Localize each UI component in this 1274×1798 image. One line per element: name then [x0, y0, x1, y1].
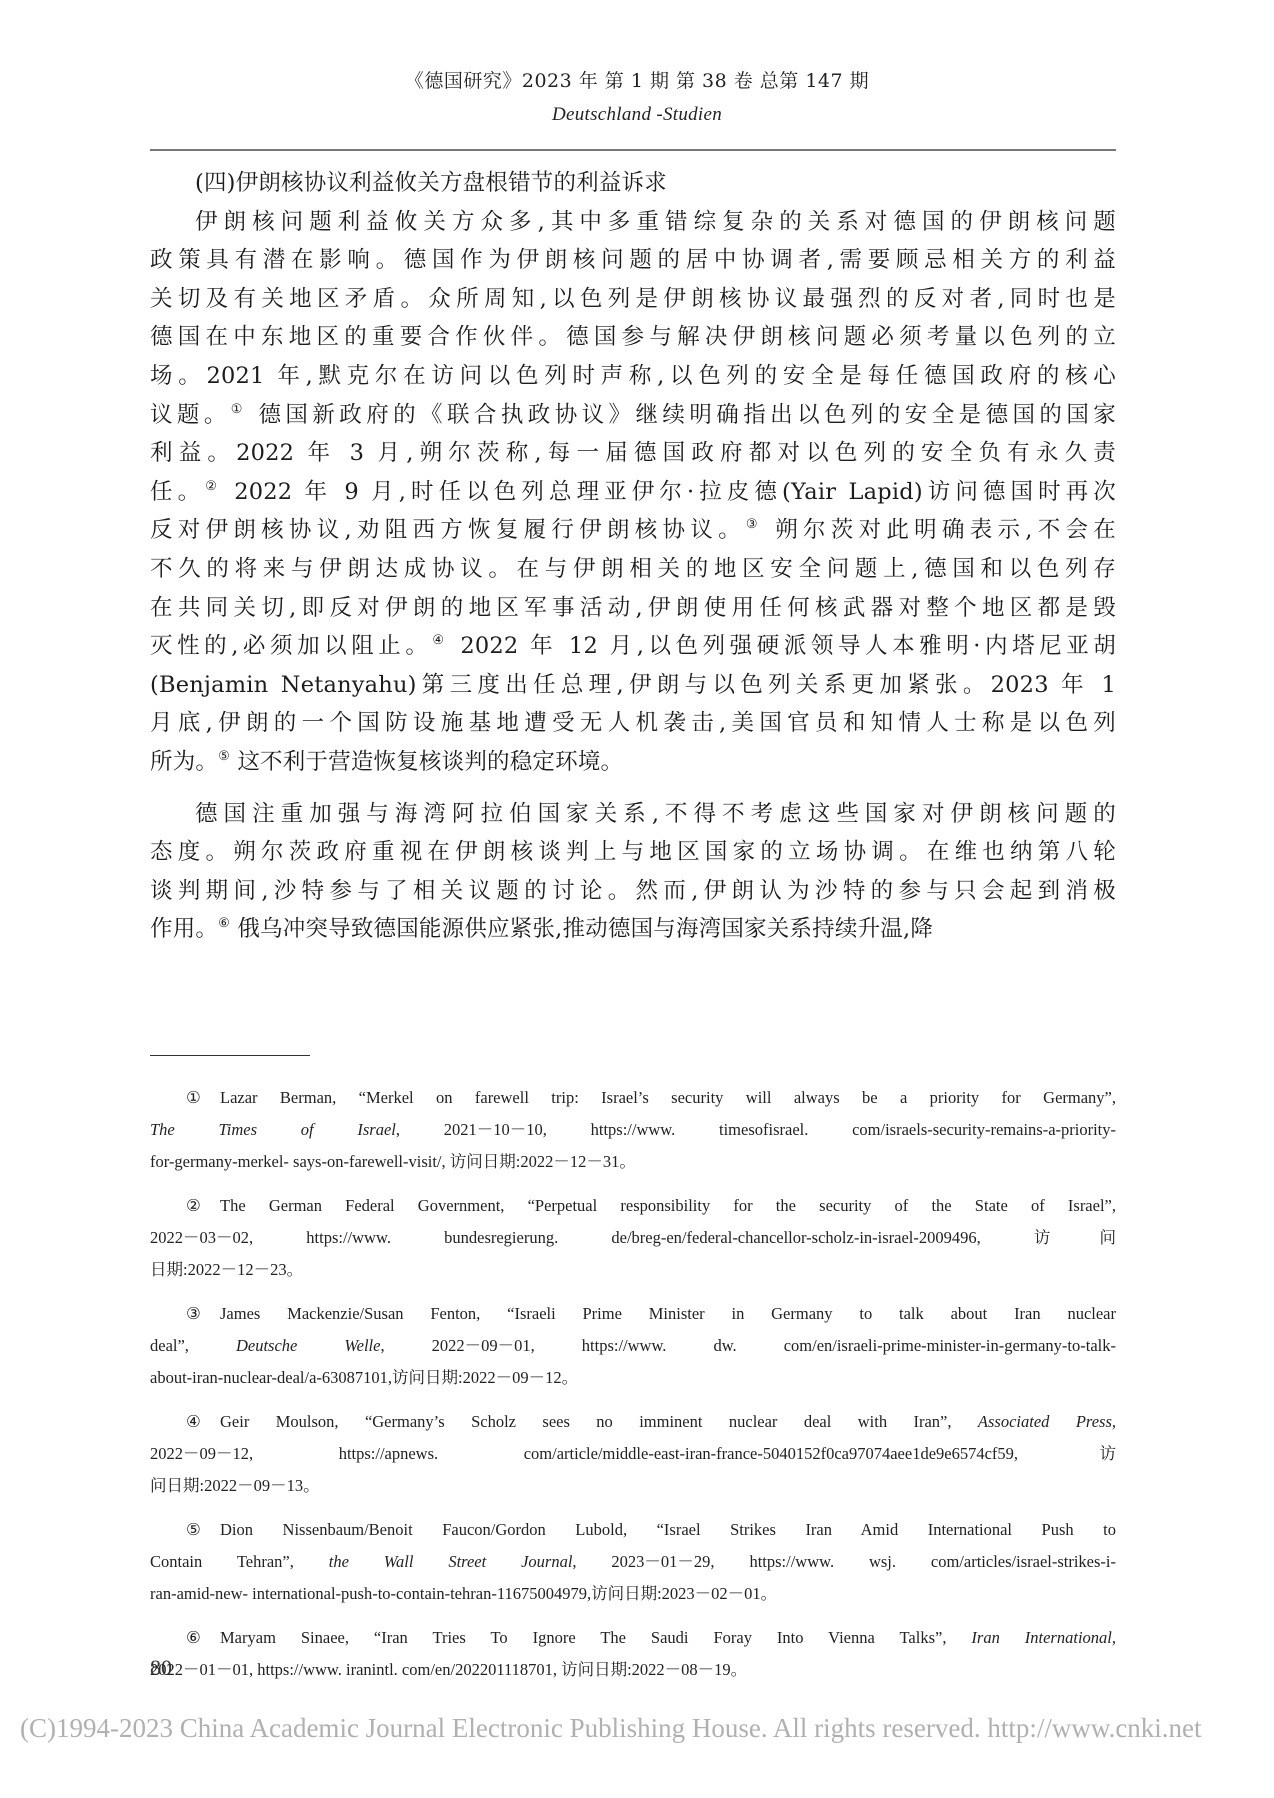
- footnote-line: 问日期:2022－09－13。: [150, 1470, 1116, 1502]
- footnote-line: ④Geir Moulson, “Germany’s Scholz sees no…: [150, 1406, 1116, 1438]
- footnote-line: ran-amid-new- international-push-to-cont…: [150, 1578, 1116, 1610]
- text-line: 关切及有关地区矛盾。众所周知,以色列是伊朗核协议最强烈的反对者,同时也是: [150, 280, 1116, 319]
- footnotes: ①Lazar Berman, “Merkel on farewell trip:…: [150, 1082, 1116, 1686]
- footnote-gap: [150, 1286, 1116, 1298]
- text-line: 谈判期间,沙特参与了相关议题的讨论。然而,伊朗认为沙特的参与只会起到消极: [150, 872, 1116, 911]
- text-line: (Benjamin Netanyahu)第三度出任总理,伊朗与以色列关系更加紧张…: [150, 666, 1116, 705]
- text-line: 德国注重加强与海湾阿拉伯国家关系,不得不考虑这些国家对伊朗核问题的: [150, 795, 1116, 834]
- paragraph: 伊朗核问题利益攸关方众多,其中多重错综复杂的关系对德国的伊朗核问题政策具有潜在影…: [150, 203, 1116, 782]
- footnote: ①Lazar Berman, “Merkel on farewell trip:…: [150, 1082, 1116, 1178]
- publication-title: the Wall Street Journal: [329, 1552, 573, 1571]
- article-body: (四)伊朗核协议利益攸关方盘根错节的利益诉求 伊朗核问题利益攸关方众多,其中多重…: [150, 164, 1116, 949]
- footnote-marker: ②: [186, 1190, 220, 1222]
- footnote-line: ③James Mackenzie/Susan Fenton, “Israeli …: [150, 1298, 1116, 1330]
- footnote-line: 2022－03－02, https://www. bundesregierung…: [150, 1222, 1116, 1254]
- footnote-reference[interactable]: ②: [205, 479, 222, 494]
- footnote-line: about-iran-nuclear-deal/a-63087101,访问日期:…: [150, 1362, 1116, 1394]
- footnote-marker: ⑤: [186, 1514, 220, 1546]
- copyright-watermark: (C)1994-2023 China Academic Journal Elec…: [20, 1713, 1202, 1744]
- text-line: 任。② 2022 年 9 月,时任以色列总理亚伊尔·拉皮德(Yair Lapid…: [150, 473, 1116, 512]
- text-line: 不久的将来与伊朗达成协议。在与伊朗相关的地区安全问题上,德国和以色列存: [150, 550, 1116, 589]
- paragraphs: 伊朗核问题利益攸关方众多,其中多重错综复杂的关系对德国的伊朗核问题政策具有潜在影…: [150, 203, 1116, 949]
- footnote-marker: ①: [186, 1082, 220, 1114]
- section-heading: (四)伊朗核协议利益攸关方盘根错节的利益诉求: [150, 164, 1116, 203]
- text-line: 灭性的,必须加以阻止。④ 2022 年 12 月,以色列强硬派领导人本雅明·内塔…: [150, 627, 1116, 666]
- footnote-marker: ④: [186, 1406, 220, 1438]
- text-line: 场。2021 年,默克尔在访问以色列时声称,以色列的安全是每任德国政府的核心: [150, 357, 1116, 396]
- publication-title: Deutsche Welle: [236, 1336, 380, 1355]
- footnote: ④Geir Moulson, “Germany’s Scholz sees no…: [150, 1406, 1116, 1502]
- footnote-line: ⑤Dion Nissenbaum/Benoit Faucon/Gordon Lu…: [150, 1514, 1116, 1546]
- footnote: ⑥Maryam Sinaee, “Iran Tries To Ignore Th…: [150, 1622, 1116, 1686]
- footnote-gap: [150, 1610, 1116, 1622]
- footnote-gap: [150, 1394, 1116, 1406]
- footnote-line: ①Lazar Berman, “Merkel on farewell trip:…: [150, 1082, 1116, 1114]
- text-line: 态度。朔尔茨政府重视在伊朗核谈判上与地区国家的立场协调。在维也纳第八轮: [150, 833, 1116, 872]
- footnote-gap: [150, 1502, 1116, 1514]
- text-line: 反对伊朗核协议,劝阻西方恢复履行伊朗核协议。③ 朔尔茨对此明确表示,不会在: [150, 511, 1116, 550]
- text-line: 伊朗核问题利益攸关方众多,其中多重错综复杂的关系对德国的伊朗核问题: [150, 203, 1116, 242]
- text-line: 利益。2022 年 3 月,朔尔茨称,每一届德国政府都对以色列的安全负有永久责: [150, 434, 1116, 473]
- paragraph-gap: [150, 782, 1116, 795]
- footnote-reference[interactable]: ①: [231, 402, 247, 417]
- footnote-line: for-germany-merkel- says-on-farewell-vis…: [150, 1146, 1116, 1178]
- footnote-reference[interactable]: ③: [746, 517, 763, 532]
- footnote-line: deal”, Deutsche Welle, 2022－09－01, https…: [150, 1330, 1116, 1362]
- footnote-reference[interactable]: ⑤: [218, 749, 230, 764]
- text-line: 德国在中东地区的重要合作伙伴。德国参与解决伊朗核问题必须考量以色列的立: [150, 318, 1116, 357]
- text-line: 所为。⑤ 这不利于营造恢复核谈判的稳定环境。: [150, 743, 1116, 782]
- footnote-marker: ③: [186, 1298, 220, 1330]
- publication-title: Associated Press: [978, 1412, 1112, 1431]
- text-line: 月底,伊朗的一个国防设施基地遭受无人机袭击,美国官员和知情人士称是以色列: [150, 704, 1116, 743]
- header-rule: [150, 149, 1116, 151]
- text-line: 作用。⑥ 俄乌冲突导致德国能源供应紧张,推动德国与海湾国家关系持续升温,降: [150, 910, 1116, 949]
- page-number: 80: [150, 1655, 172, 1681]
- footnote: ③James Mackenzie/Susan Fenton, “Israeli …: [150, 1298, 1116, 1394]
- footnote: ②The German Federal Government, “Perpetu…: [150, 1190, 1116, 1286]
- text-line: 在共同关切,即反对伊朗的地区军事活动,伊朗使用任何核武器对整个地区都是毁: [150, 589, 1116, 628]
- footnote-line: The Times of Israel, 2021－10－10, https:/…: [150, 1114, 1116, 1146]
- publication-title: The Times of Israel: [150, 1120, 396, 1139]
- journal-issue-line: 《德国研究》2023 年 第 1 期 第 38 卷 总第 147 期: [0, 66, 1274, 93]
- paragraph: 德国注重加强与海湾阿拉伯国家关系,不得不考虑这些国家对伊朗核问题的态度。朔尔茨政…: [150, 795, 1116, 949]
- footnote-line: 2022－01－01, https://www. iranintl. com/e…: [150, 1654, 1116, 1686]
- footnote-gap: [150, 1178, 1116, 1190]
- publication-title: Iran International: [971, 1628, 1111, 1647]
- footnote-marker: ⑥: [186, 1622, 220, 1654]
- footnote-reference[interactable]: ④: [432, 633, 448, 648]
- footnote-line: ⑥Maryam Sinaee, “Iran Tries To Ignore Th…: [150, 1622, 1116, 1654]
- footnote-line: Contain Tehran”, the Wall Street Journal…: [150, 1546, 1116, 1578]
- journal-subtitle: Deutschland -Studien: [0, 104, 1274, 126]
- footnote-reference[interactable]: ⑥: [218, 916, 230, 931]
- footnote-line: ②The German Federal Government, “Perpetu…: [150, 1190, 1116, 1222]
- text-line: 议题。① 德国新政府的《联合执政协议》继续明确指出以色列的安全是德国的国家: [150, 396, 1116, 435]
- text-line: 政策具有潜在影响。德国作为伊朗核问题的居中协调者,需要顾忌相关方的利益: [150, 241, 1116, 280]
- footnote: ⑤Dion Nissenbaum/Benoit Faucon/Gordon Lu…: [150, 1514, 1116, 1610]
- footnote-separator: [150, 1055, 310, 1056]
- footnote-line: 2022－09－12, https://apnews. com/article/…: [150, 1438, 1116, 1470]
- footnote-line: 日期:2022－12－23。: [150, 1254, 1116, 1286]
